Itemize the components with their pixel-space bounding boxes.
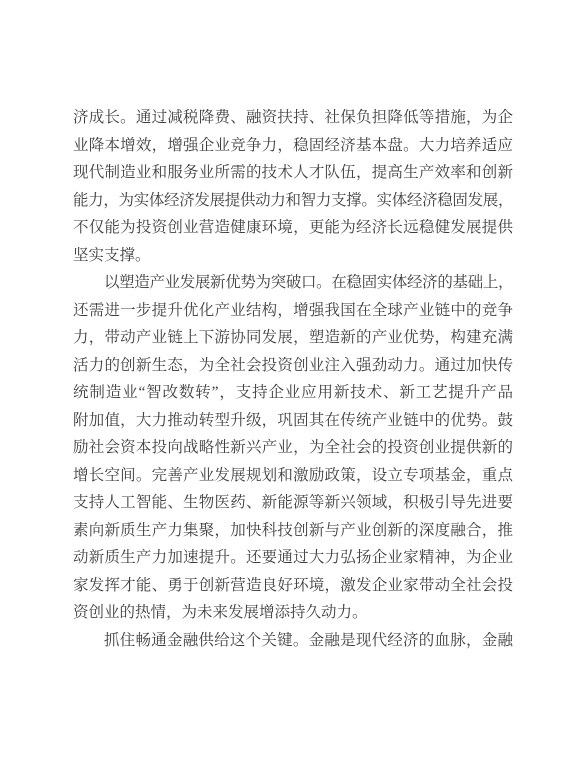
text-line: 动新质生产力加速提升。还要通过大力弘扬企业家精神，为企业: [73, 544, 513, 572]
text-line: 活力的创新生态，为全社会投资创业注入强劲动力。通过加快传: [73, 352, 513, 380]
text-line paragraph-start: 抓住畅通金融供给这个关键。金融是现代经济的血脉，金融: [73, 627, 513, 655]
text-line paragraph-end: 资创业的热情，为未来发展增添持久动力。: [73, 599, 513, 627]
text-line: 济成长。通过减税降费、融资扶持、社保负担降低等措施，为企: [73, 104, 513, 132]
text-block: 济成长。通过减税降费、融资扶持、社保负担降低等措施，为企 业降本增效，增强企业竞…: [73, 104, 513, 654]
text-line: 素向新质生产力集聚，加快科技创新与产业创新的深度融合，推: [73, 517, 513, 545]
text-line: 增长空间。完善产业发展规划和激励政策，设立专项基金，重点: [73, 462, 513, 490]
text-line: 附加值，大力推动转型升级，巩固其在传统产业链中的优势。鼓: [73, 407, 513, 435]
text-line: 支持人工智能、生物医药、新能源等新兴领域，积极引导先进要: [73, 489, 513, 517]
text-line paragraph-end: 坚实支撑。: [73, 242, 513, 270]
text-line: 业降本增效，增强企业竞争力，稳固经济基本盘。大力培养适应: [73, 132, 513, 160]
text-line: 力，带动产业链上下游协同发展，塑造新的产业优势，构建充满: [73, 324, 513, 352]
text-line: 不仅能为投资创业营造健康环境，更能为经济长远稳健发展提供: [73, 214, 513, 242]
document-page: 济成长。通过减税降费、融资扶持、社保负担降低等措施，为企 业降本增效，增强企业竞…: [0, 0, 586, 759]
text-line: 能力，为实体经济发展提供动力和智力支撑。实体经济稳固发展，: [73, 187, 513, 215]
text-line: 现代制造业和服务业所需的技术人才队伍，提高生产效率和创新: [73, 159, 513, 187]
text-line: 统制造业“智改数转”，支持企业应用新技术、新工艺提升产品: [73, 379, 513, 407]
text-line paragraph-start: 以塑造产业发展新优势为突破口。在稳固实体经济的基础上，: [73, 269, 513, 297]
text-line: 还需进一步提升优化产业结构，增强我国在全球产业链中的竞争: [73, 297, 513, 325]
text-line: 励社会资本投向战略性新兴产业，为全社会的投资创业提供新的: [73, 434, 513, 462]
text-line: 家发挥才能、勇于创新营造良好环境，激发企业家带动全社会投: [73, 572, 513, 600]
